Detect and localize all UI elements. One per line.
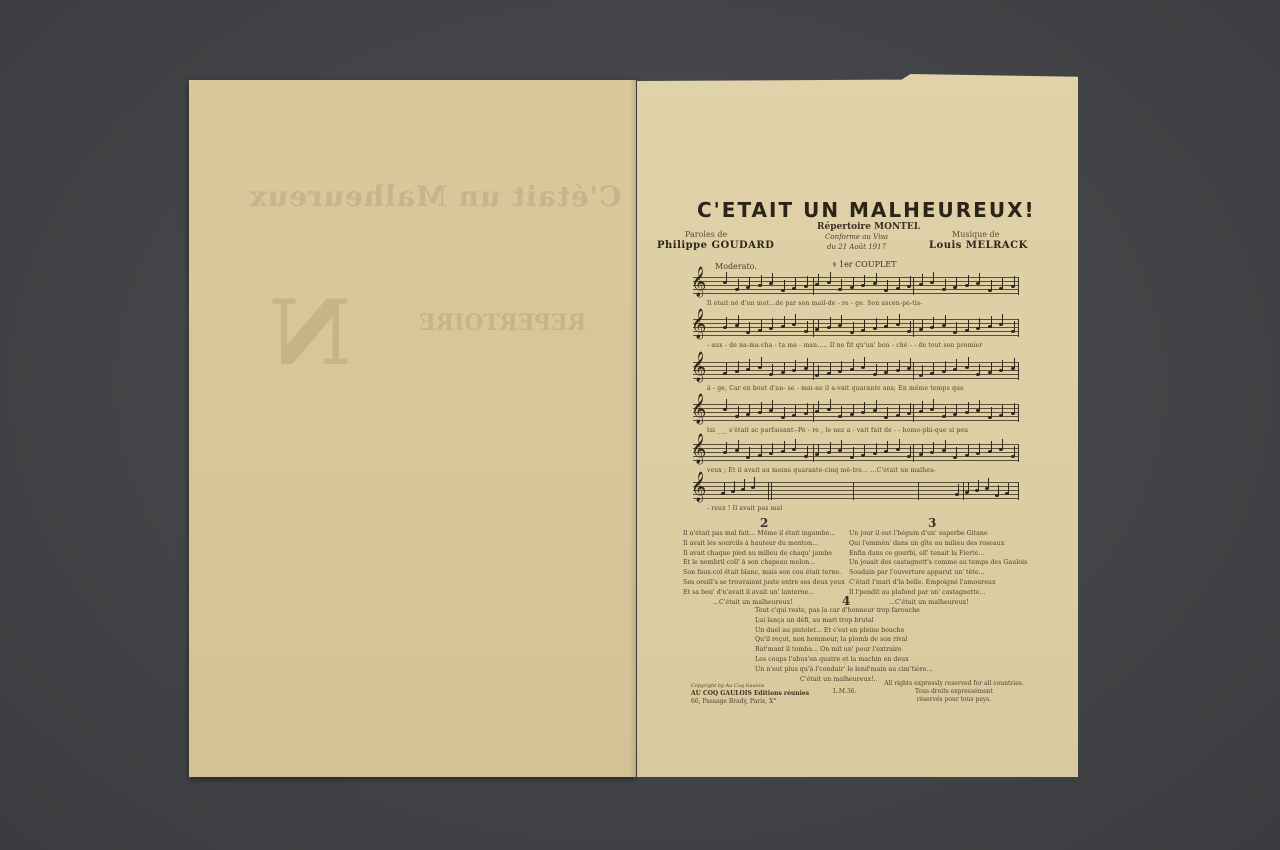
note-stem <box>991 280 992 290</box>
music-staff: 𝄞 <box>693 277 1018 295</box>
staff-line <box>693 366 1018 367</box>
verse-line: Il l'pendit au plafond par un' castagnet… <box>849 588 1027 598</box>
note-stem <box>899 278 900 288</box>
rights-french-1: Tous droits expressément <box>869 688 1039 696</box>
note-stem <box>968 402 969 412</box>
note-stem <box>979 443 980 453</box>
note-stem <box>922 365 923 375</box>
staff-line <box>693 408 1018 409</box>
visa-note: Conforme au Visa du 21 Août 1917 <box>825 232 888 252</box>
bar-line <box>813 319 814 337</box>
staff-line <box>693 378 1018 379</box>
note-stem <box>956 277 957 287</box>
note-stem <box>1002 439 1003 449</box>
note-stem <box>761 275 762 285</box>
bar-line <box>1018 482 1019 500</box>
note-stem <box>749 322 750 332</box>
note-stem <box>876 273 877 283</box>
bar-line <box>771 482 772 500</box>
note-stem <box>945 315 946 325</box>
note-stem <box>968 357 969 367</box>
staff-line <box>693 289 1018 290</box>
verse-line: Il avait les sourcils à hauteur du mento… <box>683 539 845 549</box>
note-stem <box>726 363 727 373</box>
note-stem <box>795 278 796 288</box>
note-stem <box>968 482 969 492</box>
note-stem <box>910 403 911 413</box>
verse-line: Soudain par l'ouverture apparut un' tête… <box>849 568 1027 578</box>
note-stem <box>988 478 989 488</box>
bleed-through-letter: N <box>269 280 351 386</box>
staff-line <box>693 319 1018 320</box>
verse-line: Les coups l'abus'en quatre et la machin … <box>755 655 933 665</box>
verse-line: Il avait chaque pied au milieu de chaqu'… <box>683 549 845 559</box>
note-stem <box>945 406 946 416</box>
note-stem <box>841 279 842 289</box>
note-stem <box>734 481 735 491</box>
note-stem <box>910 321 911 331</box>
staff-line <box>693 370 1018 371</box>
treble-clef-icon: 𝄞 <box>691 436 706 462</box>
note-stem <box>807 276 808 286</box>
staff-line <box>693 486 1018 487</box>
treble-clef-icon: 𝄞 <box>691 269 706 295</box>
verse-line: Son faux-col était blanc, mais son cou é… <box>683 568 845 578</box>
note-stem <box>979 273 980 283</box>
note-stem <box>933 442 934 452</box>
staff-line <box>693 448 1018 449</box>
visa-line-1: Conforme au Visa <box>825 232 888 242</box>
staff-line <box>693 452 1018 453</box>
note-stem <box>887 362 888 372</box>
bar-line <box>913 319 914 337</box>
verse-number-2: 2 <box>760 516 768 530</box>
note-stem <box>795 405 796 415</box>
note-stem <box>887 316 888 326</box>
note-stem <box>956 447 957 457</box>
note-stem <box>754 477 755 487</box>
lyric-line: - aux - de na-ma-cha - ta ma - man..... … <box>707 342 1017 349</box>
note-stem <box>887 441 888 451</box>
rights-french-2: réservés pour tous pays. <box>869 696 1039 704</box>
note-stem <box>933 317 934 327</box>
bar-line <box>963 482 964 500</box>
note-stem <box>933 399 934 409</box>
note-stem <box>784 362 785 372</box>
staff-line <box>693 498 1018 499</box>
note-stem <box>1014 276 1015 286</box>
verse-line: Qui l'emmèn' dans un gîte au milieu des … <box>849 539 1027 549</box>
note-stem <box>738 440 739 450</box>
note-stem <box>876 443 877 453</box>
note-stem <box>922 444 923 454</box>
verse-line: Un jour il eut l'béguin d'un' superbe Gi… <box>849 529 1027 539</box>
note-stem <box>933 363 934 373</box>
note-stem <box>807 446 808 456</box>
note-stem <box>795 439 796 449</box>
note-stem <box>784 316 785 326</box>
staff-line <box>693 323 1018 324</box>
staff-line <box>693 412 1018 413</box>
note-stem <box>853 404 854 414</box>
bar-line <box>913 404 914 422</box>
note-stem <box>979 364 980 374</box>
staff-line <box>693 460 1018 461</box>
note-stem <box>830 272 831 282</box>
music-staff: 𝄞 <box>693 362 1018 380</box>
note-stem <box>968 320 969 330</box>
note-stem <box>1002 314 1003 324</box>
publisher-block: Copyright by Au Coq Gaulois AU COQ GAULO… <box>691 682 809 706</box>
publisher-address: 66, Passage Brady, Paris, X° <box>691 698 809 706</box>
note-stem <box>818 319 819 329</box>
staff-line <box>693 420 1018 421</box>
note-stem <box>726 399 727 409</box>
staff-line <box>693 331 1018 332</box>
note-stem <box>738 406 739 416</box>
staff-line <box>693 374 1018 375</box>
note-stem <box>724 483 725 493</box>
note-stem <box>784 280 785 290</box>
staff-line <box>693 404 1018 405</box>
verse-line: Et sa bou' d'n'avait il avait un' lanter… <box>683 588 845 598</box>
note-stem <box>818 274 819 284</box>
lyric-line: lui ___ s'était ac parfaisant--Pé - re ,… <box>707 427 1017 434</box>
note-stem <box>991 316 992 326</box>
copyright-line: Copyright by Au Coq Gaulois <box>691 682 809 690</box>
verse-line: Un jouait des castagnett's comme au temp… <box>849 558 1027 568</box>
song-title: C'ETAIT UN MALHEUREUX! <box>697 198 1036 222</box>
note-stem <box>1014 321 1015 331</box>
note-stem <box>841 440 842 450</box>
note-stem <box>876 400 877 410</box>
note-stem <box>958 484 959 494</box>
note-stem <box>1014 446 1015 456</box>
note-stem <box>979 400 980 410</box>
note-stem <box>749 277 750 287</box>
note-stem <box>818 401 819 411</box>
staff-line <box>693 285 1018 286</box>
note-stem <box>956 404 957 414</box>
lyricist-label: Paroles de <box>685 230 727 239</box>
verse-4: Tout c'qui reste, pas la car d'honneur t… <box>755 606 933 684</box>
left-page: C'était un Malheureux N REPERTOIRE <box>189 80 636 777</box>
note-stem <box>830 317 831 327</box>
treble-clef-icon: 𝄞 <box>691 311 706 337</box>
treble-clef-icon: 𝄞 <box>691 396 706 422</box>
note-stem <box>772 273 773 283</box>
note-stem <box>887 407 888 417</box>
note-stem <box>761 357 762 367</box>
bar-line <box>813 362 814 380</box>
note-stem <box>738 315 739 325</box>
publisher-name: AU COQ GAULOIS Editions réunies <box>691 690 809 697</box>
note-stem <box>841 361 842 371</box>
lyric-line: - reux ! Il avait pas mal <box>707 505 1017 512</box>
note-stem <box>991 407 992 417</box>
note-stem <box>991 441 992 451</box>
verse-line: Et le nombril coll' à son chapeau melon.… <box>683 558 845 568</box>
rights-block: All rights expressly reserved for all co… <box>869 680 1039 704</box>
note-stem <box>998 485 999 495</box>
composer-name: Louis MELRACK <box>929 240 1028 251</box>
verse-3: Un jour il eut l'béguin d'un' superbe Gi… <box>849 529 1027 607</box>
staff-line <box>693 416 1018 417</box>
verse-number-3: 3 <box>928 516 936 530</box>
note-stem <box>807 403 808 413</box>
bar-line <box>1018 362 1019 380</box>
note-stem <box>945 440 946 450</box>
staff-line <box>693 327 1018 328</box>
staff-line <box>693 456 1018 457</box>
lyric-line: â - ge, Car en bout d'an- se - mai-ne il… <box>707 385 1017 392</box>
music-staff: 𝄞 <box>693 444 1018 462</box>
note-stem <box>899 314 900 324</box>
verse-line: Un n'eut plus qu'à l'conduir' le lend'ma… <box>755 665 933 675</box>
lyric-line: veux ; Et il avait au moins quarante-cin… <box>707 467 1017 474</box>
note-stem <box>726 272 727 282</box>
repertoire: Répertoire MONTEL <box>817 222 920 232</box>
bar-line <box>1018 444 1019 462</box>
verse-line: Ses oreill's se trouvaient juste entre s… <box>683 578 845 588</box>
note-stem <box>956 359 957 369</box>
note-stem <box>945 279 946 289</box>
bar-line <box>913 444 914 462</box>
staff-line <box>693 362 1018 363</box>
right-page: C'ETAIT UN MALHEUREUX! Répertoire MONTEL… <box>637 74 1078 777</box>
note-stem <box>853 277 854 287</box>
note-stem <box>853 322 854 332</box>
verse-line: Bat'mant il tomba... On mit un' pour l'e… <box>755 645 933 655</box>
note-stem <box>922 319 923 329</box>
note-stem <box>864 357 865 367</box>
verse-line: Tout c'qui reste, pas la car d'honneur t… <box>755 606 933 616</box>
note-stem <box>744 479 745 489</box>
note-stem <box>761 402 762 412</box>
verse-line: Un duel au pistolet... Et c'est en plein… <box>755 626 933 636</box>
note-stem <box>864 402 865 412</box>
verse-line: Enfin dans ce gourbi, ell' tenait la Fie… <box>849 549 1027 559</box>
bar-line <box>913 277 914 295</box>
staff-line <box>693 293 1018 294</box>
staff-line <box>693 482 1018 483</box>
note-stem <box>1002 278 1003 288</box>
note-stem <box>853 447 854 457</box>
bleed-through-subtitle: REPERTOIRE <box>419 310 586 336</box>
note-stem <box>1002 405 1003 415</box>
note-stem <box>1002 360 1003 370</box>
note-stem <box>1008 483 1009 493</box>
bar-line <box>1018 319 1019 337</box>
note-stem <box>887 280 888 290</box>
note-stem <box>795 360 796 370</box>
note-stem <box>910 276 911 286</box>
note-stem <box>830 363 831 373</box>
lyric-line: Il était né d'un mot...de par son mail-d… <box>707 300 1017 307</box>
note-stem <box>910 446 911 456</box>
treble-clef-icon: 𝄞 <box>691 354 706 380</box>
note-stem <box>899 405 900 415</box>
note-stem <box>841 315 842 325</box>
note-stem <box>864 320 865 330</box>
staff-line <box>693 281 1018 282</box>
note-stem <box>749 447 750 457</box>
bar-line <box>813 277 814 295</box>
verse-line: C'était l'mari d'la belle. Empoigné l'am… <box>849 578 1027 588</box>
note-stem <box>772 364 773 374</box>
note-stem <box>922 401 923 411</box>
note-stem <box>956 322 957 332</box>
note-stem <box>1014 358 1015 368</box>
note-stem <box>784 441 785 451</box>
verse-line: Qu'il reçut, non hommeur, la plomb de so… <box>755 635 933 645</box>
bar-line <box>813 444 814 462</box>
note-stem <box>772 400 773 410</box>
composer-label: Musique de <box>952 230 999 239</box>
lyricist-name: Philippe GOUDARD <box>657 240 774 251</box>
note-stem <box>807 321 808 331</box>
plate-number: L.M.36. <box>833 688 856 696</box>
bar-line <box>1018 277 1019 295</box>
note-stem <box>761 320 762 330</box>
note-stem <box>922 274 923 284</box>
tempo-marking: Moderato. <box>715 262 757 271</box>
couplet-label: 𝄋 1er COUPLET <box>833 260 896 270</box>
note-stem <box>726 317 727 327</box>
note-stem <box>899 439 900 449</box>
note-stem <box>876 318 877 328</box>
note-stem <box>979 318 980 328</box>
note-stem <box>841 406 842 416</box>
note-stem <box>795 314 796 324</box>
note-stem <box>830 399 831 409</box>
music-staff: 𝄞 <box>693 319 1018 337</box>
staff-line <box>693 277 1018 278</box>
note-stem <box>749 359 750 369</box>
note-stem <box>978 480 979 490</box>
verse-line: Il n'était pas mal fait... Même il était… <box>683 529 845 539</box>
note-stem <box>910 358 911 368</box>
note-stem <box>761 445 762 455</box>
visa-line-2: du 21 Août 1917 <box>825 242 888 252</box>
note-stem <box>899 360 900 370</box>
treble-clef-icon: 𝄞 <box>691 474 706 500</box>
bar-line <box>768 482 769 500</box>
note-stem <box>818 444 819 454</box>
bar-line <box>1018 404 1019 422</box>
staff-line <box>693 494 1018 495</box>
note-stem <box>749 404 750 414</box>
bar-line <box>913 362 914 380</box>
music-staff: 𝄞 <box>693 404 1018 422</box>
bleed-through-title: C'était un Malheureux <box>249 180 621 213</box>
note-stem <box>772 443 773 453</box>
note-stem <box>968 275 969 285</box>
rights-english: All rights expressly reserved for all co… <box>869 680 1039 688</box>
staff-line <box>693 335 1018 336</box>
bar-line <box>853 482 854 500</box>
note-stem <box>968 445 969 455</box>
note-stem <box>1014 403 1015 413</box>
music-staff: 𝄞 <box>693 482 1018 500</box>
note-stem <box>807 358 808 368</box>
note-stem <box>864 275 865 285</box>
note-stem <box>726 442 727 452</box>
note-stem <box>784 407 785 417</box>
note-stem <box>853 359 854 369</box>
note-stem <box>876 364 877 374</box>
note-stem <box>830 442 831 452</box>
note-stem <box>933 272 934 282</box>
note-stem <box>991 362 992 372</box>
verse-2: Il n'était pas mal fait... Même il était… <box>683 529 845 607</box>
note-stem <box>738 279 739 289</box>
bar-line <box>813 404 814 422</box>
note-stem <box>818 365 819 375</box>
staff-line <box>693 444 1018 445</box>
verse-line: Lui lança un défi, au mari trop brutal <box>755 616 933 626</box>
note-stem <box>864 445 865 455</box>
note-stem <box>772 318 773 328</box>
bar-line <box>918 482 919 500</box>
note-stem <box>738 361 739 371</box>
note-stem <box>945 361 946 371</box>
